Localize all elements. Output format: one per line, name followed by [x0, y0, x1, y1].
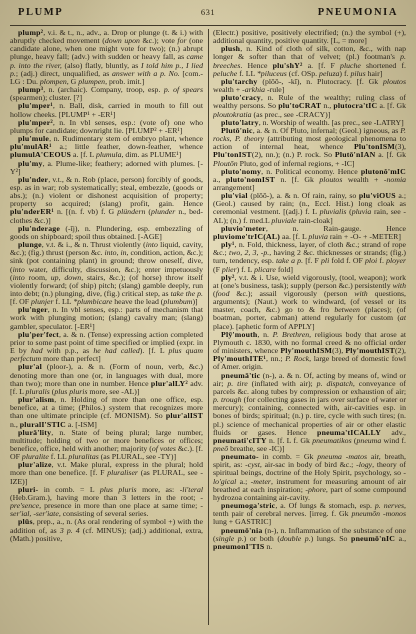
italic-text: pluraliser: [107, 468, 138, 477]
plain-text: ). [f. L: [140, 346, 169, 355]
italic-text: ploutos: [319, 175, 342, 184]
dictionary-entry: plunge, v.t. & i., & n. Thrust violently…: [10, 241, 203, 306]
plain-text: n. [(n. f. vb) f. G: [54, 207, 117, 216]
dictionary-entry: plu'mper², n. In vbl senses, esp.: (vote…: [10, 119, 203, 135]
dictionary-entry: plur'alism, n. Holding of more than one …: [10, 396, 203, 429]
italic-text: at: [400, 313, 406, 322]
dictionary-entry: plush, n. Kind of cloth of silk, cotton,…: [213, 45, 406, 78]
dictionary-entry: plur'alize, v.t. Make plural, express in…: [10, 461, 203, 485]
dictionary-entry: ply¹, n. Fold, thickness, layer, of clot…: [213, 241, 406, 274]
dictionary-entry: plu'mper¹, n. Ball, disk, carried in mou…: [10, 102, 203, 118]
headword-bold-text: plu'my: [18, 159, 43, 168]
dictionary-entry: plu'mule, n. Rudimentary stem of embryo …: [10, 135, 203, 159]
dictionary-entry: plu'nderage (-ĭj), n. Plundering, esp. e…: [10, 225, 203, 241]
plain-text: wealth +: [342, 175, 384, 184]
plain-text: n.: [264, 542, 272, 551]
column-divider-rule: [208, 29, 209, 625]
dictionary-entry: plump², v.i. & t., n., adv., a. Drop or …: [10, 29, 203, 86]
plain-text: , n. Kind of cloth of silk, cotton, &c.,…: [213, 44, 406, 61]
entry-continuation: (Electr.) positive, positively electrifi…: [213, 29, 406, 45]
plain-text: , nn.;: [266, 354, 285, 363]
dictionary-entry: plump³, n. (archaic). Company, troop, es…: [10, 86, 203, 102]
italic-text: plündern: [117, 207, 145, 216]
dictionary-entry: pluvio'meter, n. Rain-gauge. Hence pluvi…: [213, 225, 406, 241]
plain-text: (Electr.) positive, positively electrifi…: [213, 29, 406, 45]
headword-bold-text: pneumonI'TIS: [213, 542, 264, 551]
dictionary-entry: plu'vial (plōō-), a. & n. Of rain, rainy…: [213, 192, 406, 225]
page-number: 631: [10, 7, 406, 17]
plain-text: fold f. OF: [329, 256, 365, 265]
italic-text: ploutos: [383, 77, 406, 86]
dictionary-entry: pluri- in comb. = L plus pluris more, as…: [10, 486, 203, 519]
plain-text: a. [f. Gk: [377, 101, 406, 110]
plain-text: [f. F: [303, 256, 321, 265]
dictionary-page: 631 PLUMP PNEUMONIA plump², v.i. & t., n…: [0, 0, 416, 634]
headword-bold-text: plur'alIST: [166, 411, 203, 420]
dictionary-entry: plu'nder, v.t., & n. Rob (place, person)…: [10, 176, 203, 225]
italic-text: p. of spears: [164, 85, 203, 94]
headword-bold-text: plutocra'tIC: [333, 101, 377, 110]
dictionary-entry: plūs, prep., a., n. (As oral rendering o…: [10, 518, 203, 542]
plain-text: a.,: [395, 534, 406, 543]
headword-bold-text: plur'alLY²: [151, 379, 188, 388]
plain-text: f.: [377, 256, 386, 265]
dictionary-entry: pluto'cracy, n. Rule of the wealthy; rul…: [213, 94, 406, 118]
dictionary-entry: Plȳ'mouth, n. P. Brethren, religious bod…: [213, 331, 406, 372]
right-column: (Electr.) positive, positively electrifi…: [213, 29, 406, 625]
italic-text: 3 p. 4: [60, 526, 80, 535]
dictionary-entry: plu'per'fect, a. & n. (Tense) expressing…: [10, 331, 203, 364]
dictionary-entry: plur'al (ploor-), a. & n. (Form of noun,…: [10, 363, 203, 396]
italic-text: ployer: [386, 256, 406, 265]
dictionary-entry: pneumō'nia (n-), n. Inflammation of the …: [213, 527, 406, 551]
italic-text: pneumōn -monos: [352, 509, 406, 518]
dictionary-entry: pluto'nomy, n. Political economy. Hence …: [213, 168, 406, 192]
italic-text: pluvia: [352, 207, 372, 216]
italic-text: P. Rock: [285, 354, 309, 363]
plain-text: a. [f. Gk: [375, 150, 406, 159]
italic-text: plunder: [151, 207, 175, 216]
italic-text: -nomia: [384, 175, 406, 184]
dictionary-entry: plu'tarchy (plōō-, -kĭ), n. Plutocracy. …: [213, 78, 406, 94]
plain-text: , v.t. & i. Use, wield vigorously, (tool…: [213, 273, 406, 290]
dictionary-entry: pneumoga'stric, a. Of lungs & stomach, e…: [213, 502, 406, 526]
headword-bold-text: pneumō'nIC: [351, 534, 395, 543]
text-columns: plump², v.i. & t., n., adv., a. Drop or …: [10, 29, 406, 629]
plain-text: n. [f. Gk: [275, 175, 319, 184]
dictionary-entry: pneumā'tic (n-), a. & n. Of, acting by m…: [213, 372, 406, 454]
italic-text: ploi: [365, 256, 377, 265]
left-column: plump², v.i. & t., n., adv., a. Drop or …: [10, 29, 203, 625]
dictionary-entry: plurā'lity, n. State of being plural; la…: [10, 429, 203, 462]
italic-text: pneumatikos: [312, 436, 351, 445]
italic-text: pneuma: [357, 436, 382, 445]
dictionary-entry: pneumato- in comb. = Gk pneuma -matos ai…: [213, 453, 406, 502]
dictionary-entry: plu'nger, n. In vbl senses, esp.: parts …: [10, 306, 203, 330]
page-header: 631 PLUMP PNEUMONIA: [10, 7, 406, 23]
italic-text: double p.: [280, 534, 311, 543]
dictionary-entry: plu'my, a. Plume-like; feathery; adorned…: [10, 160, 203, 176]
dictionary-entry: ply², v.t. & i. Use, wield vigorously, (…: [213, 274, 406, 331]
plain-text: wind f.: [381, 436, 406, 445]
dictionary-entry: Plutō'nic, a. & n. Of Pluto, infernal; (…: [213, 127, 406, 168]
plain-text: ) lungs. So: [311, 534, 351, 543]
header-rule: [10, 25, 406, 26]
